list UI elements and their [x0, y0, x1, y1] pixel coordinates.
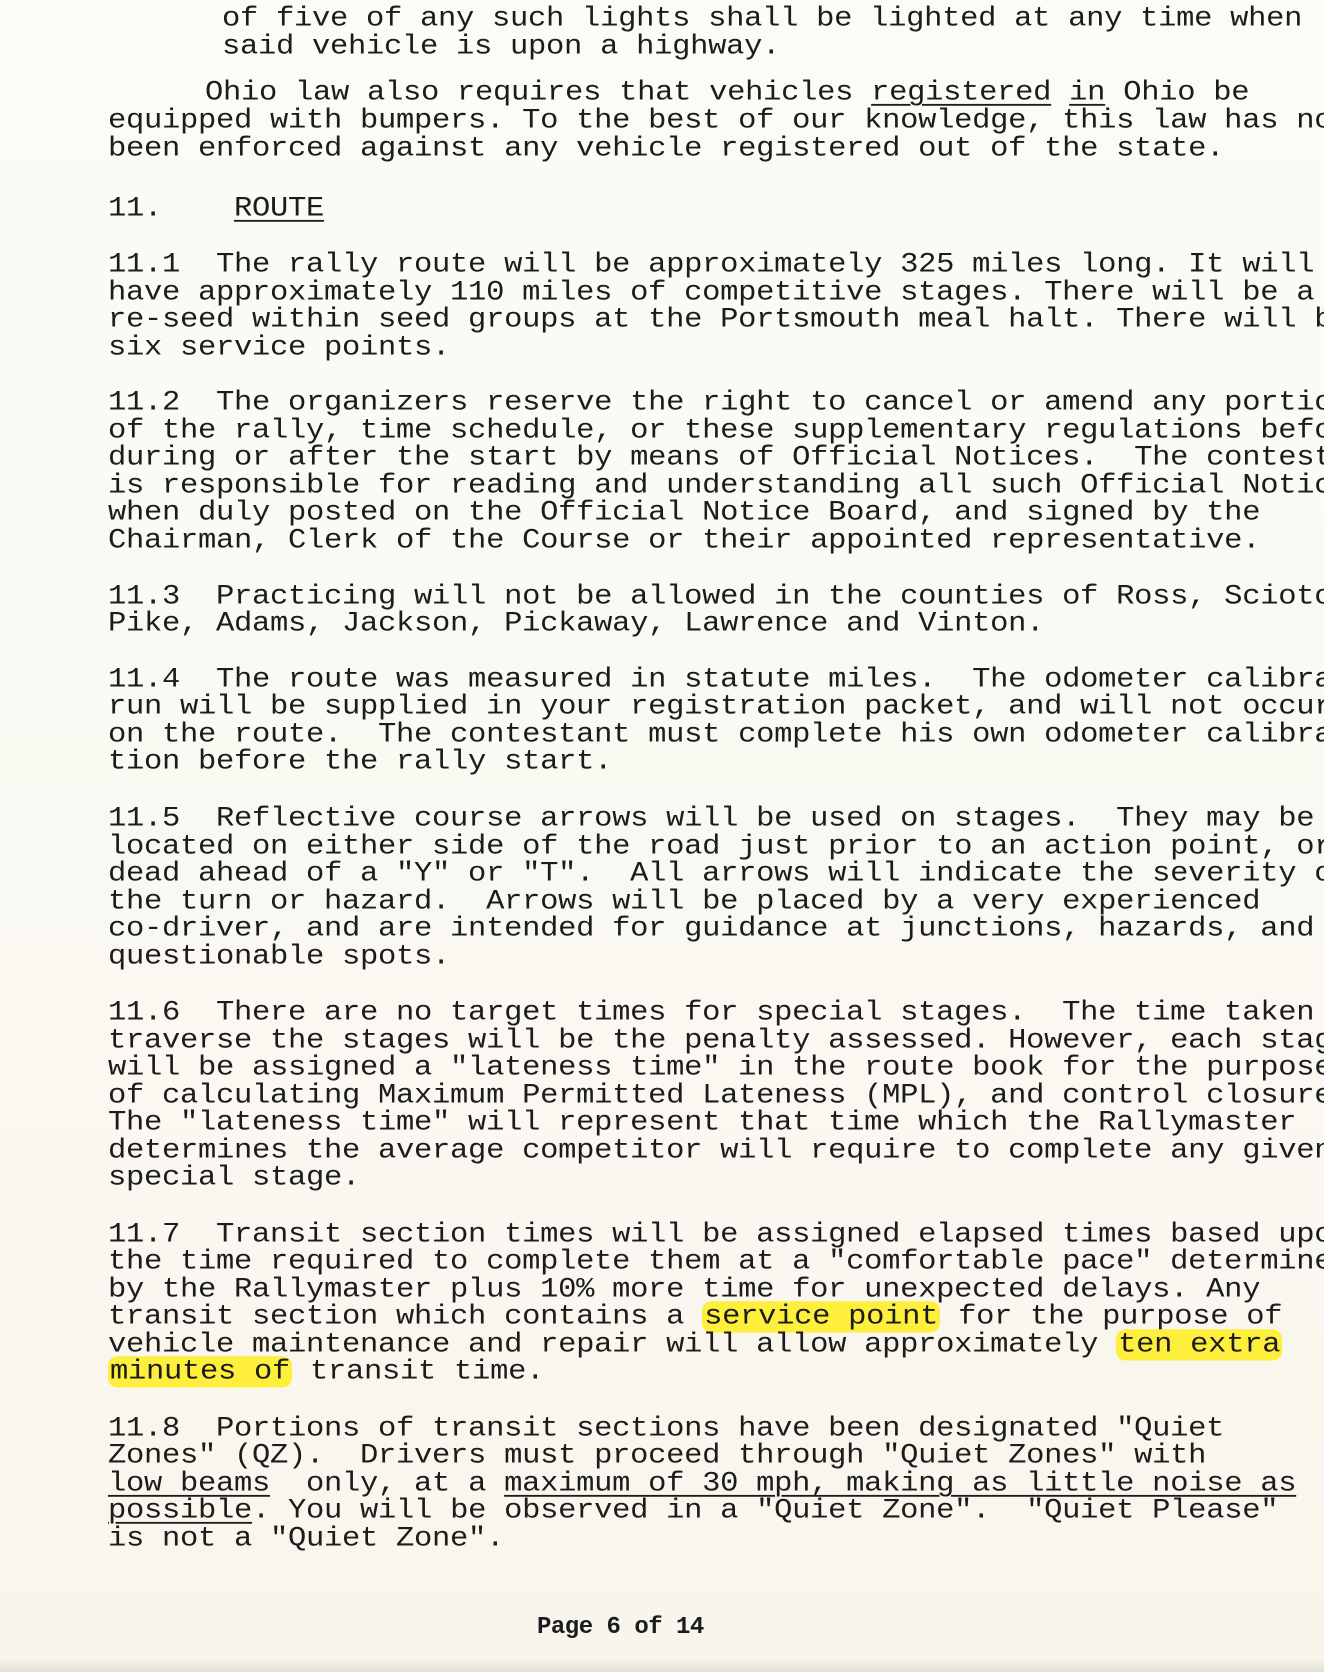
- paragraph-line: have approximately 110 miles of competit…: [108, 280, 1314, 306]
- paragraph-line: is not a "Quiet Zone".: [108, 1526, 504, 1552]
- paragraph-line: 11.7 Transit section times will be assig…: [108, 1222, 1324, 1248]
- paragraph-line: re-seed within seed groups at the Portsm…: [108, 307, 1324, 333]
- paragraph-line: 11.2 The organizers reserve the right to…: [108, 390, 1324, 416]
- underlined-possible: possible: [108, 1495, 252, 1526]
- highlight-service-point: service point: [702, 1301, 940, 1332]
- paragraph-line: 11.8 Portions of transit sections have b…: [108, 1416, 1224, 1442]
- paragraph-line: 11.6 There are no target times for speci…: [108, 1000, 1324, 1026]
- text-span: for the purpose of: [940, 1301, 1282, 1332]
- text-span: Ohio law also requires that vehicles: [205, 77, 871, 108]
- paragraph-line: will be assigned a "lateness time" in th…: [108, 1055, 1324, 1081]
- paragraph-line: special stage.: [108, 1165, 360, 1191]
- paragraph-line: minutes of transit time.: [108, 1359, 544, 1385]
- ohio-paragraph-line: been enforced against any vehicle regist…: [108, 136, 1224, 162]
- paragraph-line: The "lateness time" will represent that …: [108, 1110, 1296, 1136]
- paragraph-line: the turn or hazard. Arrows will be place…: [108, 889, 1260, 915]
- paragraph-line: tion before the rally start.: [108, 749, 612, 775]
- document-page: of five of any such lights shall be ligh…: [0, 0, 1324, 1672]
- paragraph-line: when duly posted on the Official Notice …: [108, 500, 1260, 526]
- paragraph-line: by the Rallymaster plus 10% more time fo…: [108, 1277, 1260, 1303]
- paragraph-line: Zones" (QZ). Drivers must proceed throug…: [108, 1443, 1206, 1469]
- paragraph-line: transit section which contains a service…: [108, 1304, 1282, 1330]
- paragraph-line: 11.5 Reflective course arrows will be us…: [108, 806, 1314, 832]
- text-span: transit time.: [292, 1356, 544, 1387]
- paragraph-line: questionable spots.: [108, 944, 450, 970]
- highlight-minutes-of: minutes of: [108, 1356, 292, 1387]
- paragraph-line: low beams only, at a maximum of 30 mph, …: [108, 1471, 1296, 1497]
- highlight-ten-extra: ten extra: [1116, 1329, 1282, 1360]
- paragraph-line: Pike, Adams, Jackson, Pickaway, Lawrence…: [108, 611, 1044, 637]
- paragraph-line: on the route. The contestant must comple…: [108, 722, 1324, 748]
- paragraph-line: of the rally, time schedule, or these su…: [108, 418, 1324, 444]
- paragraph-line: Chairman, Clerk of the Course or their a…: [108, 528, 1260, 554]
- paragraph-line: 11.1 The rally route will be approximate…: [108, 252, 1314, 278]
- paragraph-line: of calculating Maximum Permitted Latenes…: [108, 1083, 1324, 1109]
- paragraph-line: determines the average competitor will r…: [108, 1138, 1324, 1164]
- underlined-registered: registered: [871, 77, 1051, 108]
- paragraph-line: 11.3 Practicing will not be allowed in t…: [108, 584, 1324, 610]
- paragraph-line: possible. You will be observed in a "Qui…: [108, 1498, 1278, 1524]
- paragraph-line: vehicle maintenance and repair will allo…: [108, 1332, 1282, 1358]
- paragraph-line: co-driver, and are intended for guidance…: [108, 916, 1314, 942]
- text-span: transit section which contains a: [108, 1301, 702, 1332]
- section-title: ROUTE: [234, 193, 324, 224]
- section-number: 11.: [108, 193, 162, 224]
- text-span: Ohio be: [1105, 77, 1249, 108]
- paragraph-line: the time required to complete them at a …: [108, 1249, 1324, 1275]
- paragraph-line: run will be supplied in your registratio…: [108, 694, 1324, 720]
- ohio-paragraph-line: equipped with bumpers. To the best of ou…: [108, 108, 1324, 134]
- paragraph-line: six service points.: [108, 335, 450, 361]
- paragraph-line: is responsible for reading and understan…: [108, 473, 1324, 499]
- intro-line: said vehicle is upon a highway.: [222, 34, 780, 60]
- paragraph-line: located on either side of the road just …: [108, 834, 1324, 860]
- page-number: Page 6 of 14: [537, 1614, 704, 1641]
- underlined-in: in: [1069, 77, 1105, 108]
- text-span: [1051, 77, 1069, 108]
- paragraph-line: during or after the start by means of Of…: [108, 445, 1324, 471]
- section-heading: 11. ROUTE: [108, 196, 324, 222]
- ohio-paragraph-line: Ohio law also requires that vehicles reg…: [205, 80, 1249, 106]
- text-span: . You will be observed in a "Quiet Zone"…: [252, 1495, 1278, 1526]
- paragraph-line: 11.4 The route was measured in statute m…: [108, 667, 1324, 693]
- paragraph-line: traverse the stages will be the penalty …: [108, 1028, 1324, 1054]
- page-bottom-edge: [0, 1660, 1324, 1672]
- paragraph-line: dead ahead of a "Y" or "T". All arrows w…: [108, 861, 1324, 887]
- intro-line: of five of any such lights shall be ligh…: [222, 6, 1302, 32]
